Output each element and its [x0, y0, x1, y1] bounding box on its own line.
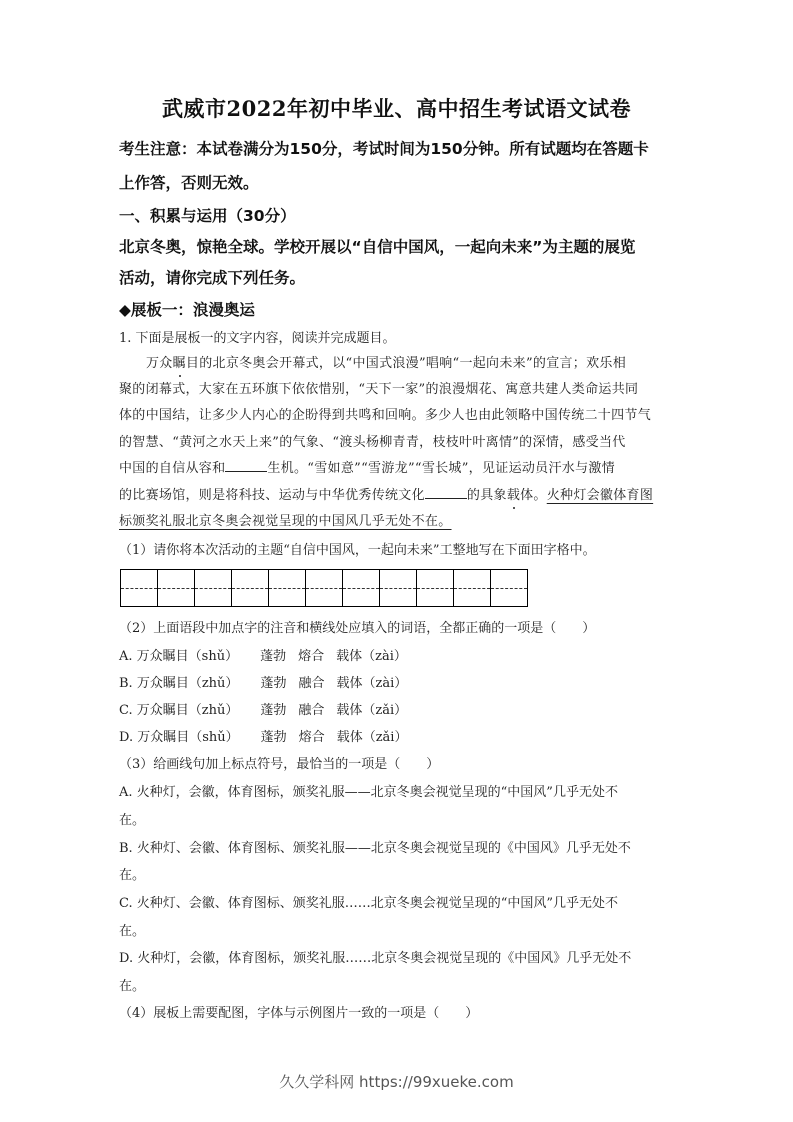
passage-text: 目的北京冬奥会开幕式，以“中国式浪漫”唱响“一起向未来”的宣言；欢乐相 [186, 356, 626, 371]
option-text: 融合 [298, 703, 324, 718]
option-text: 万众瞩目（shǔ） [137, 649, 238, 664]
passage-line-7: 标颁奖礼服北京冬奥会视觉呈现的中国风几乎无处不在。 [119, 510, 452, 529]
passage-line-4: 的智慧、“黄河之水天上来”的气象、“渡头杨柳青青，枝枝叶叶离情”的深情，感受当代 [119, 431, 626, 450]
option-text: 万众瞩目（shǔ） [137, 730, 238, 745]
option-text: 蓬勃 [260, 703, 286, 718]
option-item: B. 万众瞩目（zhǔ）蓬勃融合载体（zài） [119, 672, 407, 691]
grid-cell[interactable] [380, 570, 417, 606]
fill-blank-2 [425, 486, 467, 499]
grid-cell[interactable] [195, 570, 232, 606]
option-text: 万众瞩目（zhǔ） [137, 703, 239, 718]
option-text: 熔合 [298, 649, 324, 664]
option-text: 蓬勃 [261, 730, 287, 745]
board-heading: ◆展板一：浪漫奥运 [119, 298, 255, 320]
option-label: C. [119, 703, 133, 718]
question-1-3: （3）给画线句加上标点符号，最恰当的一项是（ ） [119, 753, 439, 772]
grid-cell[interactable] [417, 570, 454, 606]
passage-line-6: 的比赛场馆，则是将科技、运动与中华优秀传统文化的具象载体。火种灯会徽体育图 [119, 484, 653, 503]
option-label: D. [119, 730, 133, 745]
option-item: A. 万众瞩目（shǔ）蓬勃熔合载体（zài） [119, 645, 407, 664]
grid-cell[interactable] [491, 570, 527, 606]
tianzige-writing-grid[interactable] [120, 569, 528, 607]
grid-cell[interactable] [306, 570, 343, 606]
option-text: 载体（zǎi） [337, 730, 408, 745]
option-item-wrap: 在。 [119, 920, 145, 939]
option-item: C. 万众瞩目（zhǔ）蓬勃融合载体（zǎi） [119, 699, 407, 718]
grid-cell[interactable] [232, 570, 269, 606]
option-text: 万众瞩目（zhǔ） [137, 676, 239, 691]
option-text: 载体（zài） [336, 676, 407, 691]
option-label: B. [119, 676, 133, 691]
option-text: 载体（zǎi） [336, 703, 407, 718]
passage-text: 生机。“雪如意”“雪游龙”“雪长城”，见证运动员汗水与激情 [267, 461, 615, 476]
passage-line-1: 万众瞩目的北京冬奥会开幕式，以“中国式浪漫”唱响“一起向未来”的宣言；欢乐相 [146, 352, 626, 371]
fill-blank-1 [225, 459, 267, 472]
option-item: D. 万众瞩目（shǔ）蓬勃熔合载体（zǎi） [119, 726, 407, 745]
exam-notice-line-2: 上作答，否则无效。 [119, 171, 259, 193]
question-1-stem: 1. 下面是展板一的文字内容，阅读并完成题目。 [119, 327, 396, 346]
option-text: 蓬勃 [260, 649, 286, 664]
intro-line-2: 活动，请你完成下列任务。 [119, 266, 305, 288]
option-item-wrap: 在。 [119, 975, 145, 994]
exam-notice-line-1: 考生注意：本试卷满分为150分，考试时间为150分钟。所有试题均在答题卡 [119, 137, 649, 159]
option-item-wrap: 在。 [119, 809, 145, 828]
passage-text: 的具象 [467, 488, 507, 503]
option-item: C. 火种灯、会徽、体育图标、颁奖礼服……北京冬奥会视觉呈现的“中国风”几乎无处… [119, 892, 618, 911]
grid-cell[interactable] [158, 570, 195, 606]
passage-text: 的比赛场馆，则是将科技、运动与中华优秀传统文化 [119, 488, 425, 503]
emphasis-dot-char: 瞩 [173, 356, 186, 371]
option-item: D. 火种灯，会徽，体育图标，颁奖礼服……北京冬奥会视觉呈现的《中国风》几乎无处… [119, 947, 631, 966]
option-item-wrap: 在。 [119, 864, 145, 883]
passage-text: 万众 [146, 356, 173, 371]
question-1-1: （1）请你将本次活动的主题“自信中国风，一起向未来”工整地写在下面田字格中。 [119, 539, 596, 558]
grid-cell[interactable] [269, 570, 306, 606]
passage-line-5: 中国的自信从容和生机。“雪如意”“雪游龙”“雪长城”，见证运动员汗水与激情 [119, 457, 615, 476]
footer-watermark: 久久学科网 https://99xueke.com [0, 1071, 793, 1092]
underlined-sentence: 火种灯会徽体育图 [547, 488, 653, 503]
passage-text: 体。 [520, 488, 547, 503]
underlined-sentence: 标颁奖礼服北京冬奥会视觉呈现的中国风几乎无处不在。 [119, 514, 452, 529]
option-item: B. 火种灯、会徽、体育图标、颁奖礼服——北京冬奥会视觉呈现的《中国风》几乎无处… [119, 837, 631, 856]
grid-cell[interactable] [454, 570, 491, 606]
emphasis-dot-char: 载 [507, 488, 520, 503]
question-1-2: （2）上面语段中加点字的注音和横线处应填入的词语，全都正确的一项是（ ） [119, 617, 595, 636]
option-item: A. 火种灯，会徽，体育图标，颁奖礼服——北京冬奥会视觉呈现的“中国风”几乎无处… [119, 781, 618, 800]
option-label: A. [119, 649, 133, 664]
passage-text: 中国的自信从容和 [119, 461, 225, 476]
passage-line-2: 聚的闭幕式，大家在五环旗下依依惜别，“天下一家”的浪漫烟花、寓意共建人类命运共同 [119, 378, 638, 397]
option-text: 融合 [298, 676, 324, 691]
question-1-4: （4）展板上需要配图，字体与示例图片一致的一项是（ ） [119, 1002, 478, 1021]
option-text: 蓬勃 [260, 676, 286, 691]
page-title: 武威市2022年初中毕业、高中招生考试语文试卷 [0, 93, 793, 123]
passage-line-3: 体的中国结，让多少人内心的企盼得到共鸣和回响。多少人也由此领略中国传统二十四节气 [119, 404, 651, 423]
grid-cell[interactable] [343, 570, 380, 606]
option-text: 熔合 [299, 730, 325, 745]
option-text: 载体（zài） [336, 649, 407, 664]
section-heading: 一、积累与运用（30分） [119, 204, 296, 226]
intro-line-1: 北京冬奥，惊艳全球。学校开展以“自信中国风，一起向未来”为主题的展览 [119, 235, 635, 257]
exam-page: 武威市2022年初中毕业、高中招生考试语文试卷 考生注意：本试卷满分为150分，… [0, 0, 793, 1122]
grid-cell[interactable] [121, 570, 158, 606]
